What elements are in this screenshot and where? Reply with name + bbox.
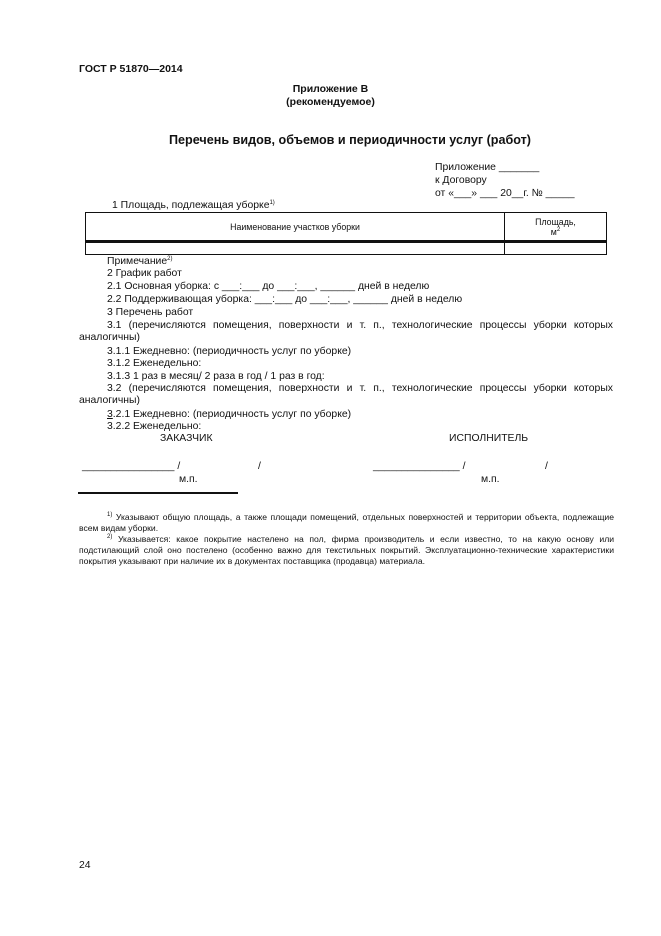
footnote-ref-2: 2) [167,256,172,262]
item-3-1: 3.1 (перечисляются помещения, поверхност… [79,320,613,344]
customer-label: ЗАКАЗЧИК [160,433,213,445]
appendix-title: Приложение В [0,83,661,96]
item-3-2-1: 3.2.1 Ежедневно: (периодичность услуг по… [107,409,351,421]
item-3-2-2: 3.2.2 Еженедельно: [107,421,201,433]
appendix-status: (рекомендуемое) [0,96,661,109]
item-3-1-3: 3.1.3 1 раз в месяц/ 2 раза в год / 1 ра… [107,371,325,383]
table-cell-area-name[interactable] [86,242,505,255]
customer-signature-line[interactable]: ________________ / [82,461,180,473]
table-row [86,242,607,255]
header-cell-area-name: Наименование участков уборки [86,213,505,242]
note-label: Примечание2) [107,256,173,268]
annex-line-1: Приложение _______ [435,161,575,174]
item-3-1-1: 3.1.1 Ежедневно: (периодичность услуг по… [107,346,351,358]
footnote-separator [78,492,238,494]
contractor-signature-line[interactable]: _______________ / [373,461,465,473]
footnote-2: 2) Указывается: какое покрытие настелено… [79,534,614,567]
contractor-label: ИСПОЛНИТЕЛЬ [449,433,528,445]
section-1-label: 1 Площадь, подлежащая уборке [112,200,269,211]
footnote-1: 1) Указывают общую площадь, а также площ… [79,512,614,534]
footnote-ref-1: 1) [269,200,274,206]
item-3-1-2: 3.1.2 Еженедельно: [107,358,201,370]
section-3-title: 3 Перечень работ [107,307,193,319]
contractor-name-slash: / [545,461,548,472]
cleaning-area-table: Наименование участков уборки Площадь, м2 [85,212,607,255]
section-1-heading: 1 Площадь, подлежащая уборке1) [112,200,275,212]
schedule-support: 2.2 Поддерживающая уборка: ___:___ до __… [107,294,462,306]
document-title: Перечень видов, объемов и периодичности … [0,133,661,147]
item-3-2: 3.2 (перечисляются помещения, поверхност… [79,383,613,407]
table-header-row: Наименование участков уборки Площадь, м2 [86,213,607,242]
area-header-unit: м2 [505,227,606,237]
customer-stamp-label: м.п. [179,474,198,486]
section-2-title: 2 График работ [107,268,182,280]
area-header-label: Площадь, [505,217,606,227]
contractor-stamp-label: м.п. [481,474,500,486]
annex-line-2: к Договору [435,174,575,187]
customer-name-slash: / [258,461,261,472]
annex-reference: Приложение _______ к Договору от «___» _… [435,161,575,200]
schedule-main: 2.1 Основная уборка: с ___:___ до ___:__… [107,281,429,293]
header-cell-area-size: Площадь, м2 [505,213,607,242]
standard-designation: ГОСТ Р 51870—2014 [79,63,183,75]
annex-line-3: от «___» ___ 20__г. № _____ [435,187,575,200]
page-number: 24 [79,860,91,871]
table-cell-area-size[interactable] [505,242,607,255]
